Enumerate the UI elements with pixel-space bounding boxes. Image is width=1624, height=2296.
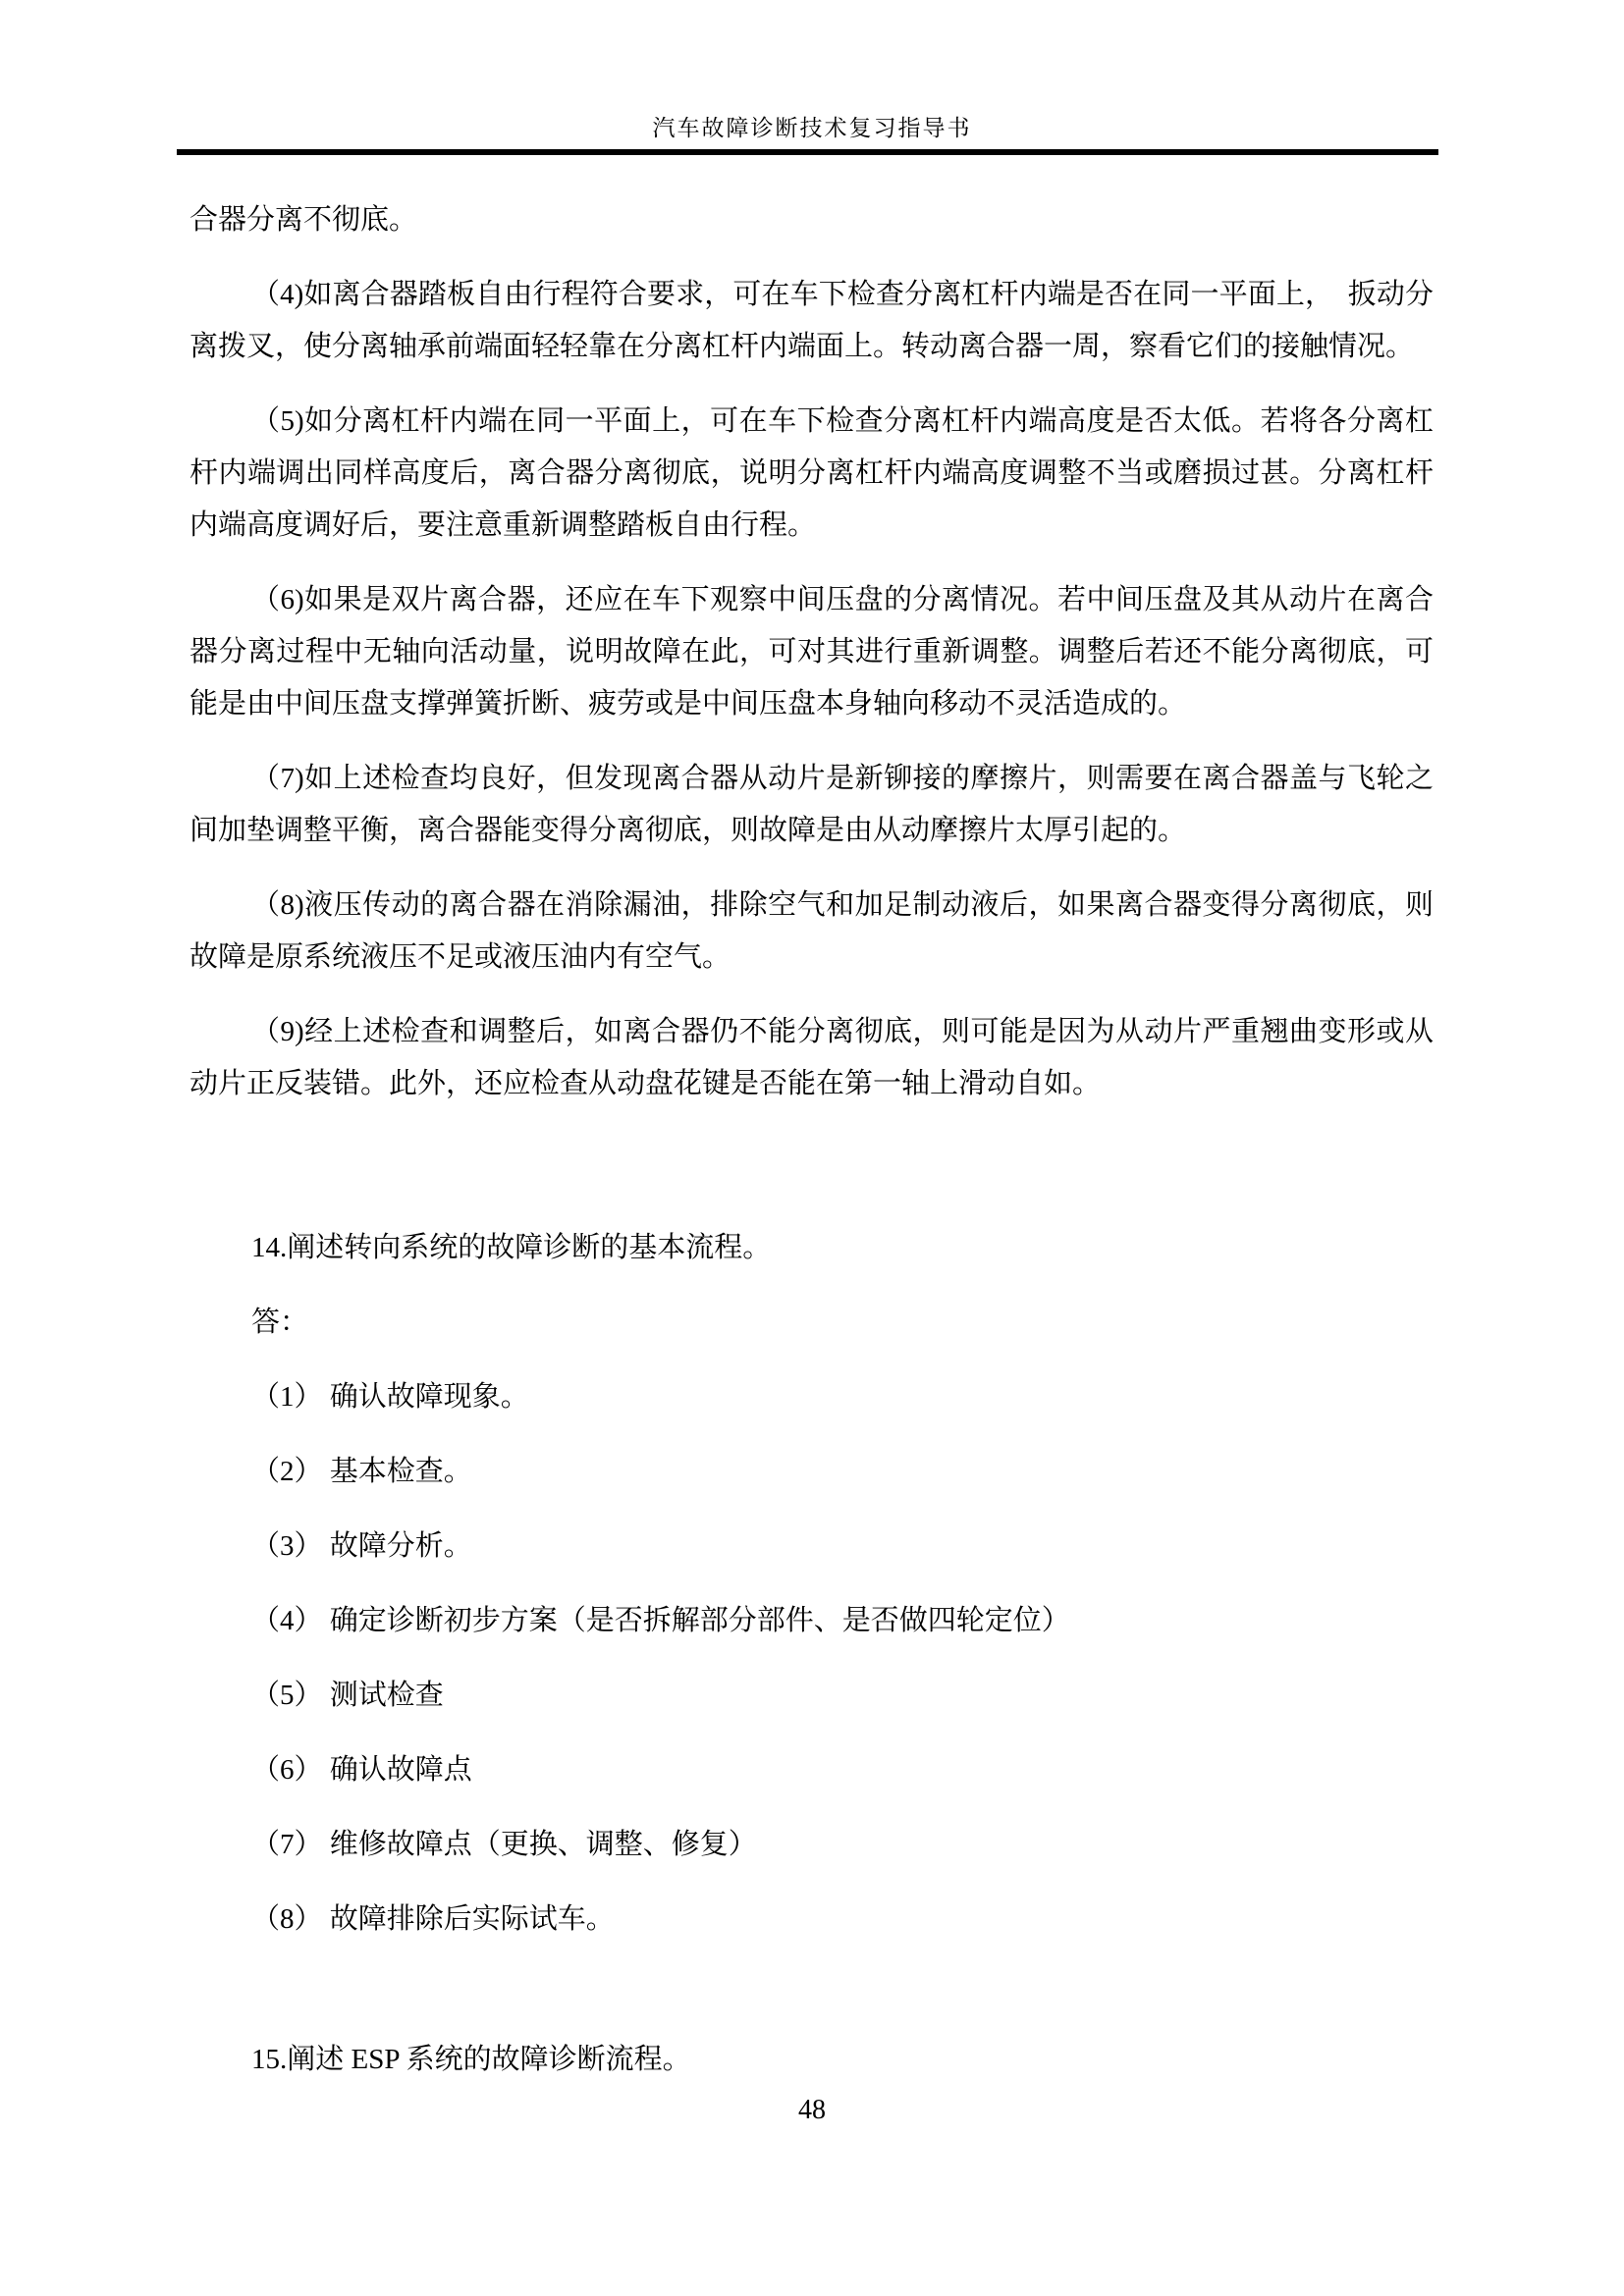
question-15-heading: 15.阐述 ESP 系统的故障诊断流程。 xyxy=(189,2034,1434,2086)
answer-item-6: （6） 确认故障点 xyxy=(189,1744,1434,1796)
answer-item-2: （2） 基本检查。 xyxy=(189,1446,1434,1498)
answer-item-1: （1） 确认故障现象。 xyxy=(189,1371,1434,1423)
document-page: 汽车故障诊断技术复习指导书 合器分离不彻底。 （4)如离合器踏板自由行程符合要求… xyxy=(0,0,1624,2296)
paragraph-continuation: 合器分离不彻底。 xyxy=(189,194,1434,246)
question-14-heading: 14.阐述转向系统的故障诊断的基本流程。 xyxy=(189,1222,1434,1274)
answer-item-5: （5） 测试检查 xyxy=(189,1670,1434,1722)
paragraph-step-6: （6)如果是双片离合器，还应在车下观察中间压盘的分离情况。若中间压盘及其从动片在… xyxy=(189,574,1434,730)
document-body: 合器分离不彻底。 （4)如离合器踏板自由行程符合要求，可在车下检查分离杠杆内端是… xyxy=(189,194,1434,2109)
paragraph-step-4: （4)如离合器踏板自由行程符合要求，可在车下检查分离杠杆内端是否在同一平面上， … xyxy=(189,269,1434,373)
page-number: 48 xyxy=(0,2095,1624,2126)
header-rule xyxy=(177,149,1438,155)
paragraph-step-8: （8)液压传动的离合器在消除漏油，排除空气和加足制动液后，如果离合器变得分离彻底… xyxy=(189,880,1434,984)
paragraph-step-7: （7)如上述检查均良好，但发现离合器从动片是新铆接的摩擦片，则需要在离合器盖与飞… xyxy=(189,753,1434,857)
answer-item-7: （7） 维修故障点（更换、调整、修复） xyxy=(189,1819,1434,1871)
answer-label: 答： xyxy=(189,1297,1434,1349)
answer-item-4: （4） 确定诊断初步方案（是否拆解部分部件、是否做四轮定位） xyxy=(189,1595,1434,1647)
blank-line xyxy=(189,1133,1434,1222)
blank-line xyxy=(189,1968,1434,2034)
header-title: 汽车故障诊断技术复习指导书 xyxy=(0,110,1624,142)
paragraph-step-5: （5)如分离杠杆内端在同一平面上，可在车下检查分离杠杆内端高度是否太低。若将各分… xyxy=(189,396,1434,552)
answer-item-3: （3） 故障分析。 xyxy=(189,1521,1434,1573)
paragraph-step-9: （9)经上述检查和调整后，如离合器仍不能分离彻底，则可能是因为从动片严重翘曲变形… xyxy=(189,1006,1434,1110)
answer-item-8: （8） 故障排除后实际试车。 xyxy=(189,1894,1434,1946)
